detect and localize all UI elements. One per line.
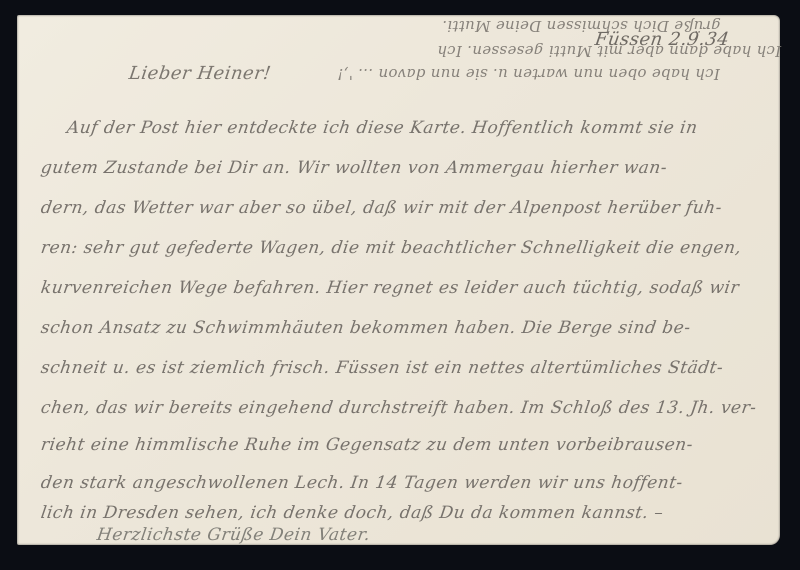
body-line: rieht eine himmlische Ruhe im Gegensatz … xyxy=(40,435,695,455)
body-line: dern, das Wetter war aber so übel, daß w… xyxy=(40,198,724,218)
body-line: schon Ansatz zu Schwimmhäuten bekommen h… xyxy=(40,318,692,338)
upside-down-line: Ich habe oben nun warten u. sie nun davo… xyxy=(337,65,720,83)
body-line: ren: sehr gut gefederte Wagen, die mit b… xyxy=(40,238,743,258)
place-date: Füssen 2.9.34 xyxy=(594,29,731,50)
body-line: den stark angeschwollenen Lech. In 14 Ta… xyxy=(40,473,685,493)
body-line: kurvenreichen Wege befahren. Hier regnet… xyxy=(40,278,741,298)
closing: Herzlichste Grüße Dein Vater. xyxy=(96,525,372,545)
body-line: gutem Zustande bei Dir an. Wir wollten v… xyxy=(40,158,669,178)
postcard: grüße Dich schmissen Deine Mutti. Ich ha… xyxy=(17,15,780,545)
body-line: lich in Dresden sehen, ich denke doch, d… xyxy=(40,503,665,523)
greeting: Lieber Heiner! xyxy=(128,63,273,84)
body-line: chen, das wir bereits eingehend durchstr… xyxy=(40,398,758,418)
body-line: Auf der Post hier entdeckte ich diese Ka… xyxy=(66,118,699,138)
body-line: schneit u. es ist ziemlich frisch. Füsse… xyxy=(40,358,725,378)
